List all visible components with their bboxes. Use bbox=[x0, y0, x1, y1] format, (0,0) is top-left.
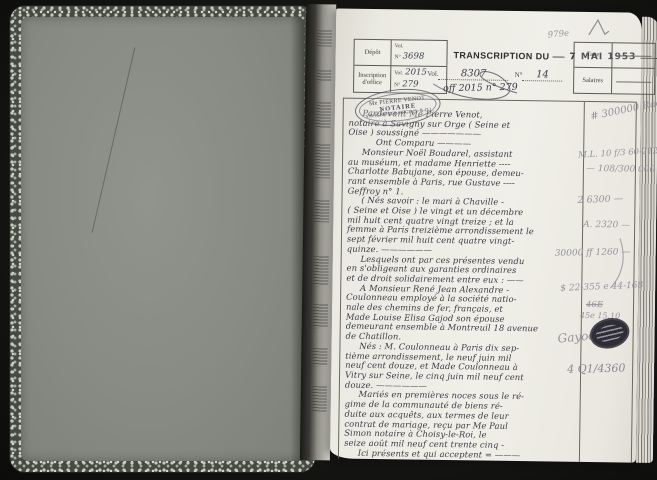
taxe-table: Taxe Salaires bbox=[573, 42, 656, 95]
deed-text-line: Ici présents et qui acceptent = ——— bbox=[344, 448, 576, 461]
vol-label: Vol. bbox=[395, 43, 404, 49]
blank-amount-line bbox=[617, 55, 652, 56]
depot-label: Dépôt bbox=[365, 49, 381, 57]
page-edge-text-fragment bbox=[315, 144, 330, 178]
page-edge-text-fragment bbox=[314, 200, 329, 222]
pencil-folio-note: 979e bbox=[547, 29, 569, 41]
inscription-label: Inscription d'office bbox=[355, 71, 389, 86]
register-page: Dépôt Vol. N° 3698 Inscription d'office … bbox=[330, 8, 642, 462]
pencil-triangle-mark bbox=[589, 20, 609, 35]
inscription-label-cell: Inscription d'office bbox=[354, 66, 391, 93]
page-edge-text-fragment bbox=[312, 348, 327, 366]
office-reference-line: off 2015 n° 279 bbox=[443, 82, 518, 95]
depot-value-cell: Vol. N° 3698 bbox=[391, 40, 446, 67]
volume-number-line: Vol. 8307 N° 14 bbox=[427, 68, 562, 82]
salaires-label: Salaires bbox=[582, 77, 603, 85]
margin-note-struck: 46E bbox=[586, 300, 603, 310]
archive-reference-note: 4 Q1/4360 bbox=[567, 362, 625, 376]
margin-note: 30000 ff 1260 — bbox=[555, 247, 631, 259]
depot-num-value: 3698 bbox=[403, 53, 425, 63]
inscription-vol-value: 2015 bbox=[405, 69, 427, 79]
num-label: N° bbox=[394, 82, 400, 88]
page-edge-text-fragment bbox=[313, 256, 328, 286]
num-label: N° bbox=[515, 71, 523, 79]
book-cover-cloth bbox=[21, 17, 304, 461]
dash-line bbox=[552, 56, 564, 57]
salaires-value-cell bbox=[612, 68, 654, 94]
taxe-label-cell: Taxe bbox=[574, 43, 612, 69]
vol-label: Vol. bbox=[394, 70, 403, 76]
page-edge-text-fragment bbox=[315, 102, 330, 128]
salaires-label-cell: Salaires bbox=[574, 68, 612, 94]
transcription-title: TRANSCRIPTION DU bbox=[453, 50, 549, 61]
page-edge-text-fragment bbox=[313, 304, 328, 328]
vol-label: Vol. bbox=[427, 70, 438, 78]
margin-note: 2 6300 — bbox=[577, 193, 623, 206]
archive-scan: Dépôt Vol. N° 3698 Inscription d'office … bbox=[0, 0, 657, 480]
blank-amount-line bbox=[616, 81, 651, 82]
page-edge-text-fragment bbox=[317, 30, 332, 46]
page-wrap: Dépôt Vol. N° 3698 Inscription d'office … bbox=[300, 4, 657, 469]
margin-note: — 108/300 000 bbox=[586, 164, 655, 175]
taxe-value-cell bbox=[612, 43, 654, 69]
deed-text: Pardevant Me Pierre Venot,notaire à Savi… bbox=[344, 109, 581, 462]
depot-label-cell: Dépôt bbox=[354, 40, 391, 67]
page-edge-text-fragment bbox=[312, 386, 327, 412]
taxe-label: Taxe bbox=[587, 51, 600, 59]
book-cover bbox=[9, 5, 316, 473]
vol-value: 8307 bbox=[461, 68, 487, 79]
margin-note: A. 2320 — bbox=[583, 220, 630, 231]
cover-scratch-mark bbox=[92, 47, 136, 232]
page-edge-text-fragment bbox=[316, 70, 331, 82]
num-value: 14 bbox=[536, 69, 549, 80]
depot-table: Dépôt Vol. N° 3698 Inscription d'office … bbox=[353, 39, 448, 94]
num-label: N° bbox=[394, 55, 400, 61]
